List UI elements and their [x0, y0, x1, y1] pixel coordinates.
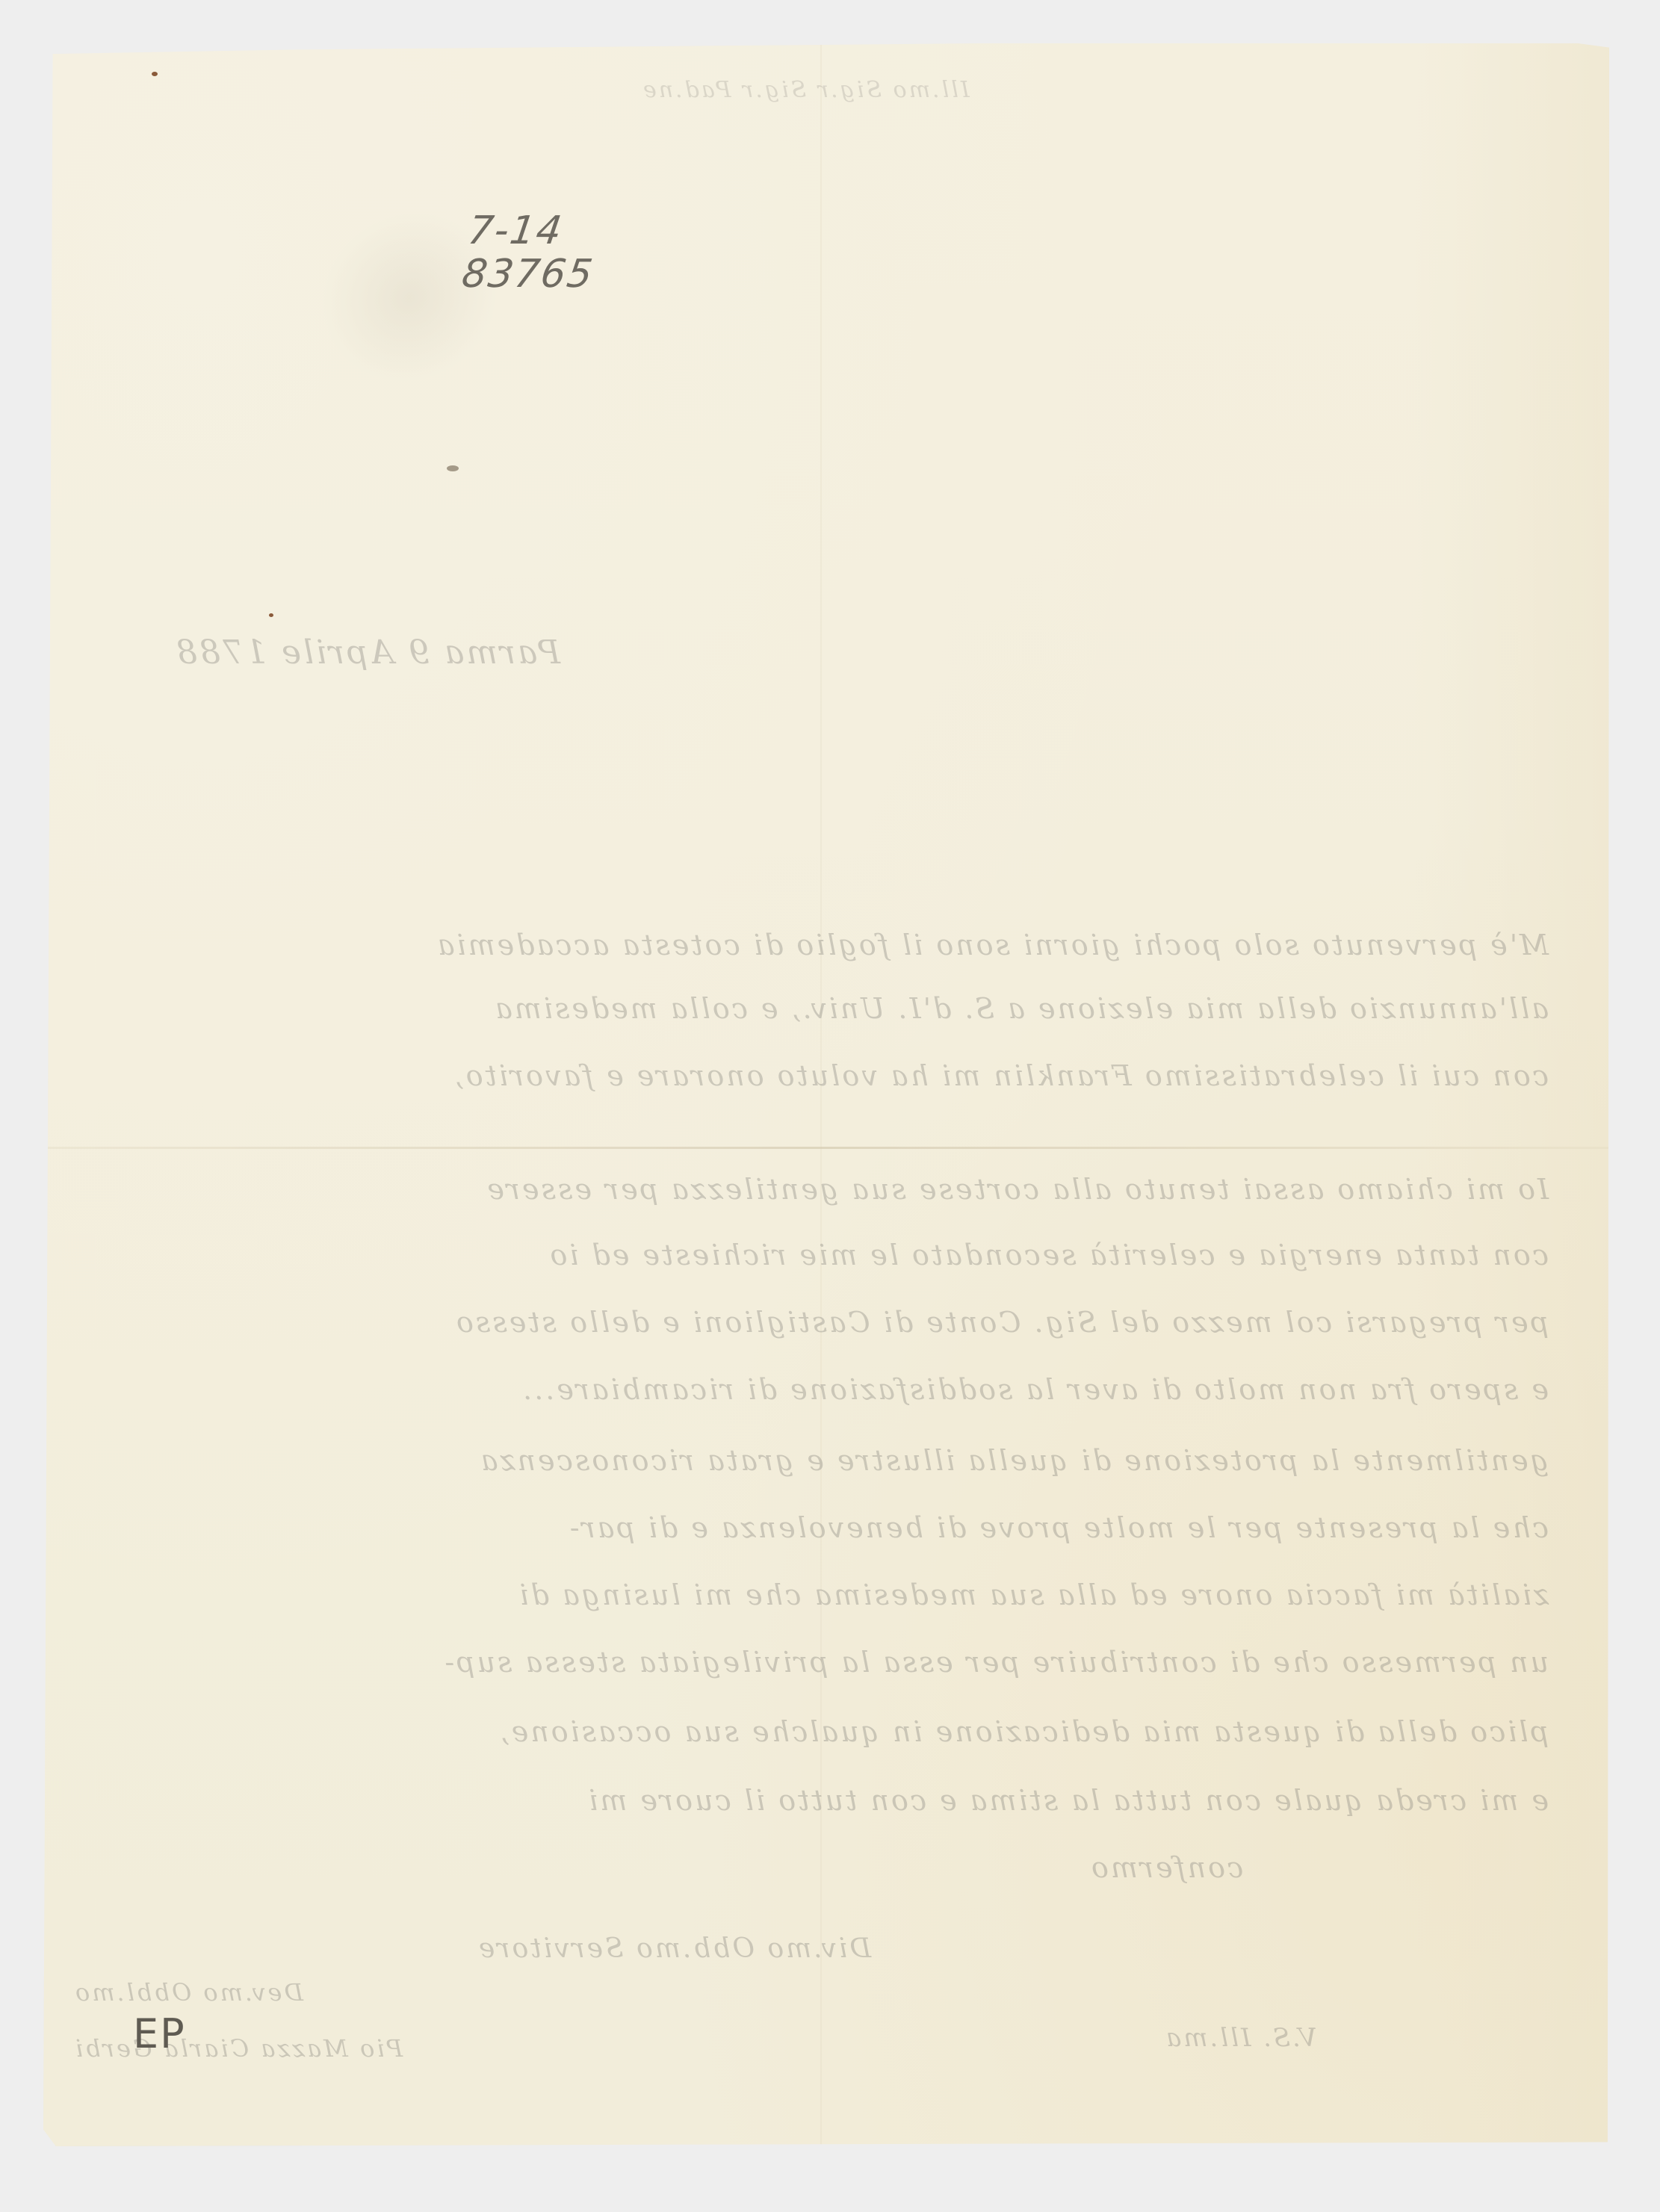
bleed-through-line: gentilmente la protezione di quella illu…	[204, 1444, 1549, 1477]
bleed-through-line: con tanta energia e celerità secondato l…	[204, 1239, 1549, 1271]
dirt-speck	[447, 465, 459, 471]
watermark-smudge	[279, 168, 541, 427]
bleed-through-closing: Div.mo Obb.mo Servitore	[477, 1933, 871, 1964]
bleed-through-line: M'è pervenuto solo pochi giorni sono il …	[204, 929, 1549, 961]
letter-sheet: Ill.mo Sig.r Sig.r Pad.ne 7-14 83765 Par…	[43, 43, 1609, 2146]
ink-speck	[152, 72, 158, 76]
ink-speck	[269, 613, 273, 617]
bleed-through-signature: V.S. Ill.ma	[1164, 2023, 1317, 2053]
bleed-through-closing: Pio Mazza Ciarla Gerbi	[73, 2034, 403, 2063]
bleed-through-line: Io mi chiamo assai tenuto alla cortese s…	[204, 1173, 1549, 1206]
bleed-through-line: plico della di questa mia dedicazione in…	[204, 1715, 1549, 1748]
initials-notation: EP	[133, 2010, 186, 2057]
bleed-through-line: zialità mi faccia onore ed alla sua mede…	[204, 1579, 1549, 1611]
bleed-through-line: un permesso che di contribuire per essa …	[204, 1646, 1549, 1679]
bleed-through-closing: Dev.mo Obbl.mo	[73, 1978, 303, 2007]
bleed-through-line: e mi creda quale con tutta la stima e co…	[204, 1784, 1549, 1817]
bleed-through-header: Ill.mo Sig.r Sig.r Pad.ne	[641, 77, 970, 103]
bleed-through-line: confermo	[1089, 1851, 1243, 1884]
catalog-line-1: 7-14	[465, 209, 603, 253]
edge-discoloration	[1415, 43, 1609, 2146]
bleed-through-line: all'annunzio della mia elezione a S. d'I…	[204, 992, 1549, 1025]
bleed-through-line: e spero fra non molto di aver la soddisf…	[204, 1373, 1549, 1406]
horizontal-fold-crease	[43, 1147, 1609, 1149]
bleed-through-date: Parma 9 Aprile 1788	[174, 633, 560, 672]
vertical-fold-crease	[820, 43, 822, 2146]
bleed-through-line: che la presente per le molte prove di be…	[204, 1511, 1549, 1544]
catalog-notation: 7-14 83765	[459, 209, 603, 296]
bleed-through-line: con cui il celebratissimo Franklin mi ha…	[204, 1059, 1549, 1092]
bleed-through-line: per pregarsi col mezzo del Sig. Conte di…	[204, 1306, 1549, 1339]
catalog-line-2: 83765	[459, 253, 597, 296]
